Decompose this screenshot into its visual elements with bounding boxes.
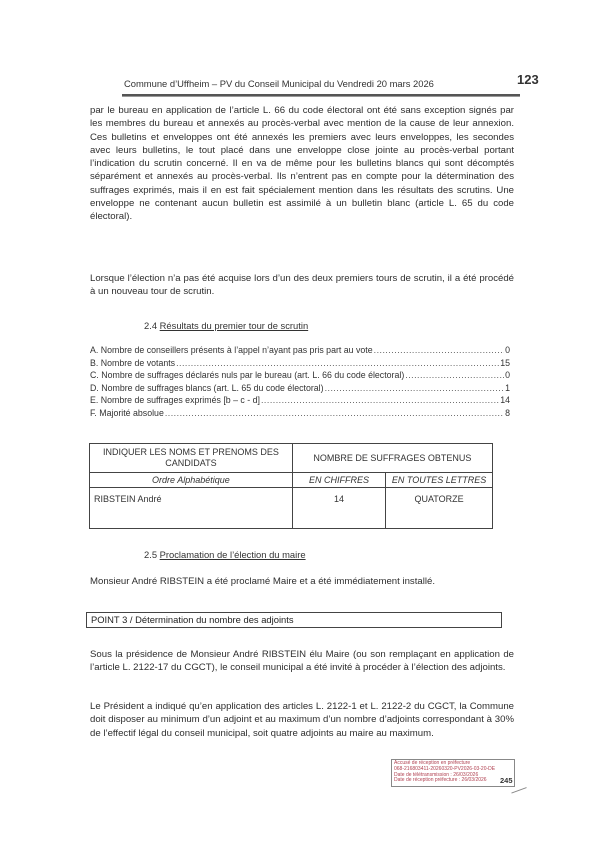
paragraph-bulletins: par le bureau en application de l’articl…: [90, 104, 514, 224]
result-row-f: F. Majorité absolue8: [90, 407, 510, 420]
paragraph-point3-adjoints: Le Président a indiqué qu’en application…: [90, 700, 514, 740]
section-title: Proclamation de l’élection du maire: [160, 549, 306, 560]
header-candidate-names: INDIQUER LES NOMS ET PRENOMS DES CANDIDA…: [90, 444, 293, 473]
paragraph-proclamation: Monsieur André RIBSTEIN a été proclamé M…: [90, 575, 514, 588]
candidate-name: RIBSTEIN André: [90, 488, 293, 529]
header-title: Commune d’Uffheim – PV du Conseil Munici…: [124, 78, 524, 89]
sub-header-order: Ordre Alphabétique: [90, 473, 293, 488]
header-rule: [122, 94, 520, 97]
handwritten-number: 245: [500, 776, 513, 785]
paragraph-new-round: Lorsque l’élection n’a pas été acquise l…: [90, 272, 514, 299]
result-row-b: B. Nombre de votants15: [90, 357, 510, 370]
result-row-a: A. Nombre de conseillers présents à l’ap…: [90, 344, 510, 357]
point-3-heading: POINT 3 / Détermination du nombre des ad…: [86, 612, 502, 628]
prefecture-receipt-stamp: Accusé de réception en préfecture 068-21…: [391, 759, 515, 787]
stamp-line: Date de réception préfecture : 26/03/202…: [394, 778, 512, 784]
sub-header-letters: EN TOUTES LETTRES: [386, 473, 493, 488]
sub-header-figures: EN CHIFFRES: [292, 473, 385, 488]
candidates-table: INDIQUER LES NOMS ET PRENOMS DES CANDIDA…: [89, 443, 493, 529]
table-row: RIBSTEIN André 14 QUATORZE: [90, 488, 493, 529]
results-list: A. Nombre de conseillers présents à l’ap…: [90, 344, 510, 420]
votes-figures: 14: [292, 488, 385, 529]
section-2-4-heading: 2.4 Résultats du premier tour de scrutin: [144, 320, 308, 331]
section-number: 2.4: [144, 320, 157, 331]
result-row-e: E. Nombre de suffrages exprimés [b – c -…: [90, 394, 510, 407]
section-2-5-heading: 2.5 Proclamation de l’élection du maire: [144, 549, 306, 560]
result-row-c: C. Nombre de suffrages déclarés nuls par…: [90, 369, 510, 382]
votes-letters: QUATORZE: [386, 488, 493, 529]
page-number: 123: [517, 72, 539, 87]
section-title: Résultats du premier tour de scrutin: [160, 320, 309, 331]
paragraph-point3-presidence: Sous la présidence de Monsieur André RIB…: [90, 648, 514, 675]
header-votes-obtained: NOMBRE DE SUFFRAGES OBTENUS: [292, 444, 492, 473]
result-row-d: D. Nombre de suffrages blancs (art. L. 6…: [90, 382, 510, 395]
section-number: 2.5: [144, 549, 157, 560]
